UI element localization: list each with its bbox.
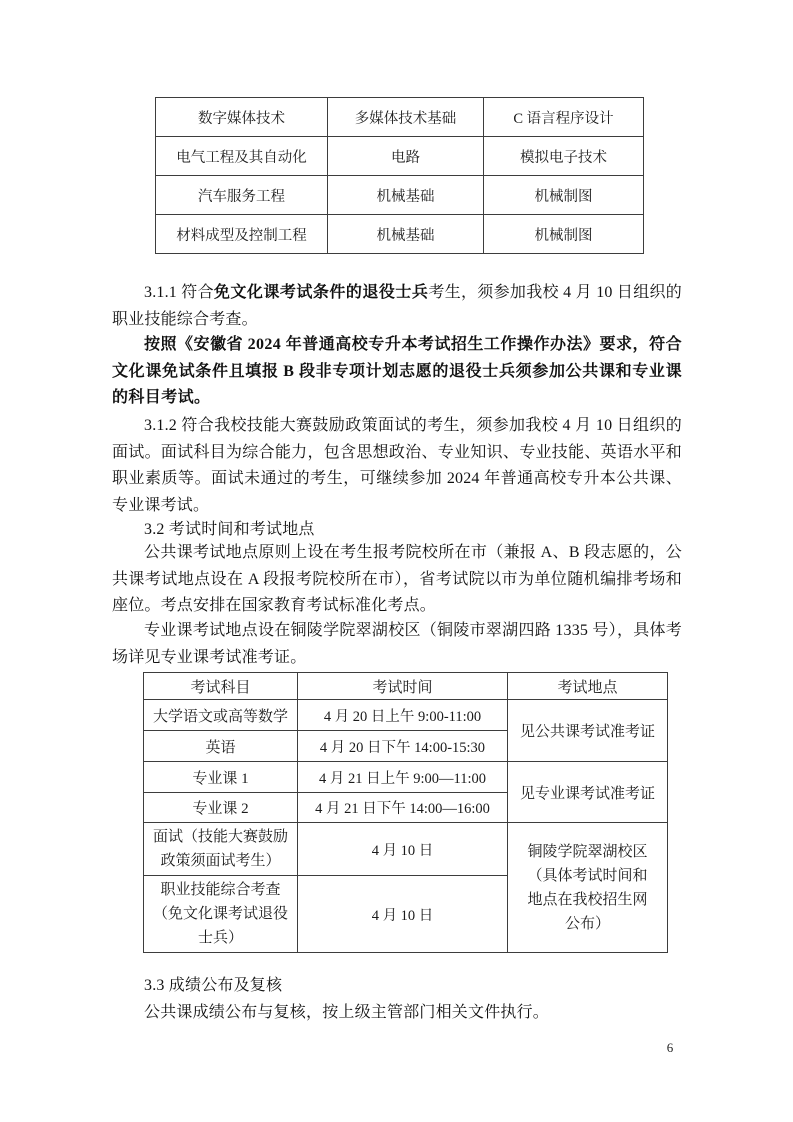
paragraph-major-course-location: 专业课考试地点设在铜陵学院翠湖校区（铜陵市翠湖四路 1335 号），具体考场详见…: [112, 618, 682, 671]
table-row: 电气工程及其自动化 电路 模拟电子技术: [156, 137, 644, 176]
table-cell: 机械基础: [328, 176, 484, 215]
heading-3-3: 3.3 成绩公布及复核: [112, 973, 682, 1000]
column-header-time: 考试时间: [298, 673, 508, 700]
time-cell: 4 月 21 日上午 9:00—11:00: [298, 762, 508, 793]
table-cell: 机械制图: [484, 176, 644, 215]
time-cell: 4 月 20 日下午 14:00-15:30: [298, 731, 508, 762]
table-row: 材料成型及控制工程 机械基础 机械制图: [156, 215, 644, 254]
location-cell: 见专业课考试准考证: [508, 762, 668, 823]
paragraph-3-1-2: 3.1.2 符合我校技能大赛鼓励政策面试的考生，须参加我校 4 月 10 日组织…: [112, 413, 682, 519]
page-number: 6: [660, 1040, 680, 1056]
table-header-row: 考试科目 考试时间 考试地点: [144, 673, 668, 700]
document-page: 数字媒体技术 多媒体技术基础 C 语言程序设计 电气工程及其自动化 电路 模拟电…: [0, 0, 793, 1122]
paragraph-bold-text: 免文化课考试条件的退役士兵: [214, 284, 429, 301]
table-cell: 电气工程及其自动化: [156, 137, 328, 176]
column-header-subject: 考试科目: [144, 673, 298, 700]
table-cell: 电路: [328, 137, 484, 176]
table-cell: 材料成型及控制工程: [156, 215, 328, 254]
subject-cell: 专业课 2: [144, 793, 298, 823]
paragraph-exemption-policy: 按照《安徽省 2024 年普通高校专升本考试招生工作操作办法》要求，符合文化课免…: [112, 332, 682, 412]
table-cell: 多媒体技术基础: [328, 98, 484, 137]
exam-schedule-table: 考试科目 考试时间 考试地点 大学语文或高等数学 4 月 20 日上午 9:00…: [143, 672, 668, 953]
time-cell: 4 月 20 日上午 9:00-11:00: [298, 700, 508, 731]
table-row: 汽车服务工程 机械基础 机械制图: [156, 176, 644, 215]
table-cell: 数字媒体技术: [156, 98, 328, 137]
paragraph-score-publication: 公共课成绩公布与复核，按上级主管部门相关文件执行。: [112, 1000, 682, 1027]
time-cell: 4 月 10 日: [298, 823, 508, 876]
location-cell: 铜陵学院翠湖校区（具体考试时间和地点在我校招生网公布）: [508, 823, 668, 953]
paragraph-public-course-location: 公共课考试地点原则上设在考生报考院校所在市（兼报 A、B 段志愿的，公共课考试地…: [112, 540, 682, 620]
table-cell: 汽车服务工程: [156, 176, 328, 215]
table-row: 大学语文或高等数学 4 月 20 日上午 9:00-11:00 见公共课考试准考…: [144, 700, 668, 731]
table-cell: 机械制图: [484, 215, 644, 254]
table-row: 专业课 1 4 月 21 日上午 9:00—11:00 见专业课考试准考证: [144, 762, 668, 793]
paragraph-3-1-1: 3.1.1 符合免文化课考试条件的退役士兵考生，须参加我校 4 月 10 日组织…: [112, 280, 682, 333]
subject-cell: 英语: [144, 731, 298, 762]
column-header-location: 考试地点: [508, 673, 668, 700]
majors-subjects-table: 数字媒体技术 多媒体技术基础 C 语言程序设计 电气工程及其自动化 电路 模拟电…: [155, 97, 644, 254]
table-cell: C 语言程序设计: [484, 98, 644, 137]
paragraph-text: 3.1.1 符合: [144, 284, 214, 301]
time-cell: 4 月 21 日下午 14:00—16:00: [298, 793, 508, 823]
subject-cell: 面试（技能大赛鼓励政策须面试考生）: [144, 823, 298, 876]
table-cell: 机械基础: [328, 215, 484, 254]
subject-cell: 专业课 1: [144, 762, 298, 793]
table-row: 数字媒体技术 多媒体技术基础 C 语言程序设计: [156, 98, 644, 137]
location-cell: 见公共课考试准考证: [508, 700, 668, 762]
subject-cell: 职业技能综合考查（免文化课考试退役士兵）: [144, 876, 298, 953]
table-cell: 模拟电子技术: [484, 137, 644, 176]
time-cell: 4 月 10 日: [298, 876, 508, 953]
table-row: 面试（技能大赛鼓励政策须面试考生） 4 月 10 日 铜陵学院翠湖校区（具体考试…: [144, 823, 668, 876]
subject-cell: 大学语文或高等数学: [144, 700, 298, 731]
